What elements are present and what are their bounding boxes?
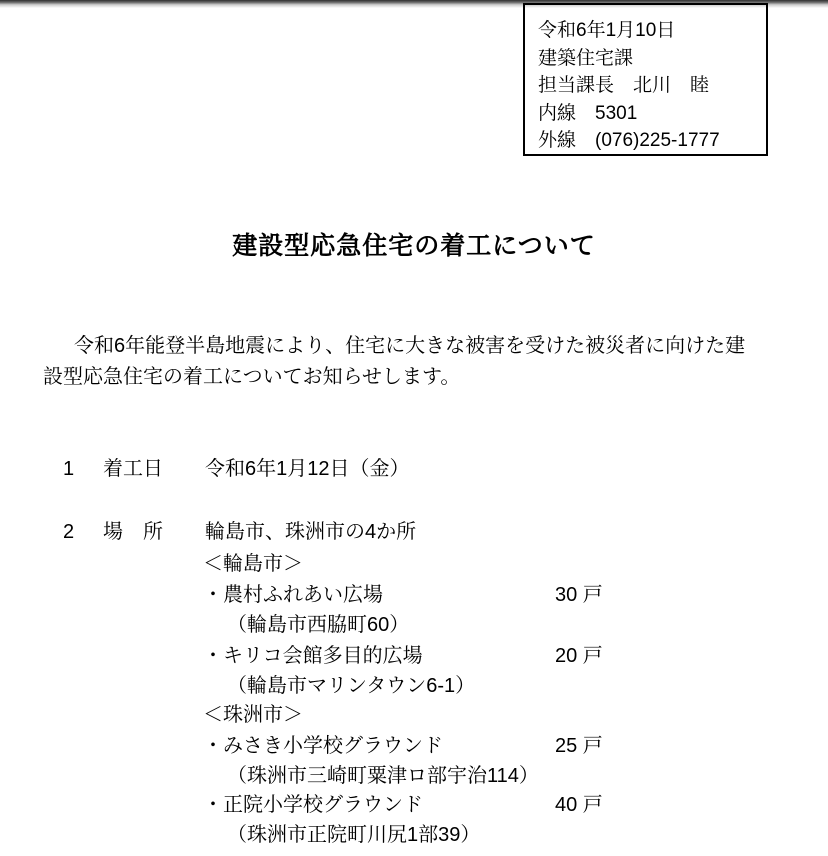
site-unit-count: 20 戸 <box>555 644 603 668</box>
site-name: ・みさき小学校グラウンド <box>203 734 443 758</box>
site-address-row: （輪島市マリンタウン6-1） <box>0 674 828 698</box>
item-label: 着工日 <box>103 457 163 481</box>
department-name: 建築住宅課 <box>538 45 762 73</box>
intro-paragraph: 令和6年能登半島地震により、住宅に大きな被害を受けた被災者に向けた建 設型応急住… <box>43 331 783 392</box>
site-unit-count: 25 戸 <box>555 734 603 758</box>
city-header-wajima: ＜輪島市＞ <box>0 552 828 576</box>
city-header-label: ＜珠洲市＞ <box>203 703 303 727</box>
site-row: ・みさき小学校グラウンド 25 戸 <box>0 734 828 758</box>
site-unit-count: 40 戸 <box>555 793 603 817</box>
manager-name: 担当課長 北川 睦 <box>538 72 762 100</box>
site-address: （輪島市西脇町60） <box>227 613 409 637</box>
issue-date: 令和6年1月10日 <box>538 17 762 45</box>
press-release-page: 令和6年1月10日 建築住宅課 担当課長 北川 睦 内線 5301 外線 (07… <box>0 0 828 856</box>
site-row: ・キリコ会館多目的広場 20 戸 <box>0 644 828 668</box>
item-number: 2 <box>63 520 74 544</box>
site-address: （輪島市マリンタウン6-1） <box>227 674 475 698</box>
item-start-date: 1 着工日 令和6年1月12日（金） <box>0 457 828 481</box>
intro-line-1: 令和6年能登半島地震により、住宅に大きな被害を受けた被災者に向けた建 <box>43 331 783 362</box>
item-number: 1 <box>63 457 74 481</box>
intro-line-2: 設型応急住宅の着工についてお知らせします。 <box>43 362 783 393</box>
item-value: 輪島市、珠洲市の4か所 <box>205 520 416 544</box>
site-name: ・農村ふれあい広場 <box>203 583 383 607</box>
site-name: ・キリコ会館多目的広場 <box>203 644 423 668</box>
city-header-suzu: ＜珠洲市＞ <box>0 703 828 727</box>
site-address-row: （珠洲市三崎町粟津ロ部宇治114） <box>0 764 828 788</box>
city-header-label: ＜輪島市＞ <box>203 552 303 576</box>
site-address: （珠洲市正院町川尻1部39） <box>227 823 480 847</box>
phone-number: 外線 (076)225-1777 <box>538 127 762 155</box>
extension-number: 内線 5301 <box>538 100 762 128</box>
item-label: 場 所 <box>103 520 163 544</box>
site-row: ・正院小学校グラウンド 40 戸 <box>0 793 828 817</box>
site-name: ・正院小学校グラウンド <box>203 793 423 817</box>
item-location: 2 場 所 輪島市、珠洲市の4か所 <box>0 520 828 544</box>
site-address: （珠洲市三崎町粟津ロ部宇治114） <box>227 764 539 788</box>
site-address-row: （輪島市西脇町60） <box>0 613 828 637</box>
item-value: 令和6年1月12日（金） <box>205 457 410 481</box>
site-unit-count: 30 戸 <box>555 583 603 607</box>
contact-info-box: 令和6年1月10日 建築住宅課 担当課長 北川 睦 内線 5301 外線 (07… <box>523 3 768 156</box>
site-row: ・農村ふれあい広場 30 戸 <box>0 583 828 607</box>
document-title: 建設型応急住宅の着工について <box>0 226 828 262</box>
site-address-row: （珠洲市正院町川尻1部39） <box>0 823 828 847</box>
